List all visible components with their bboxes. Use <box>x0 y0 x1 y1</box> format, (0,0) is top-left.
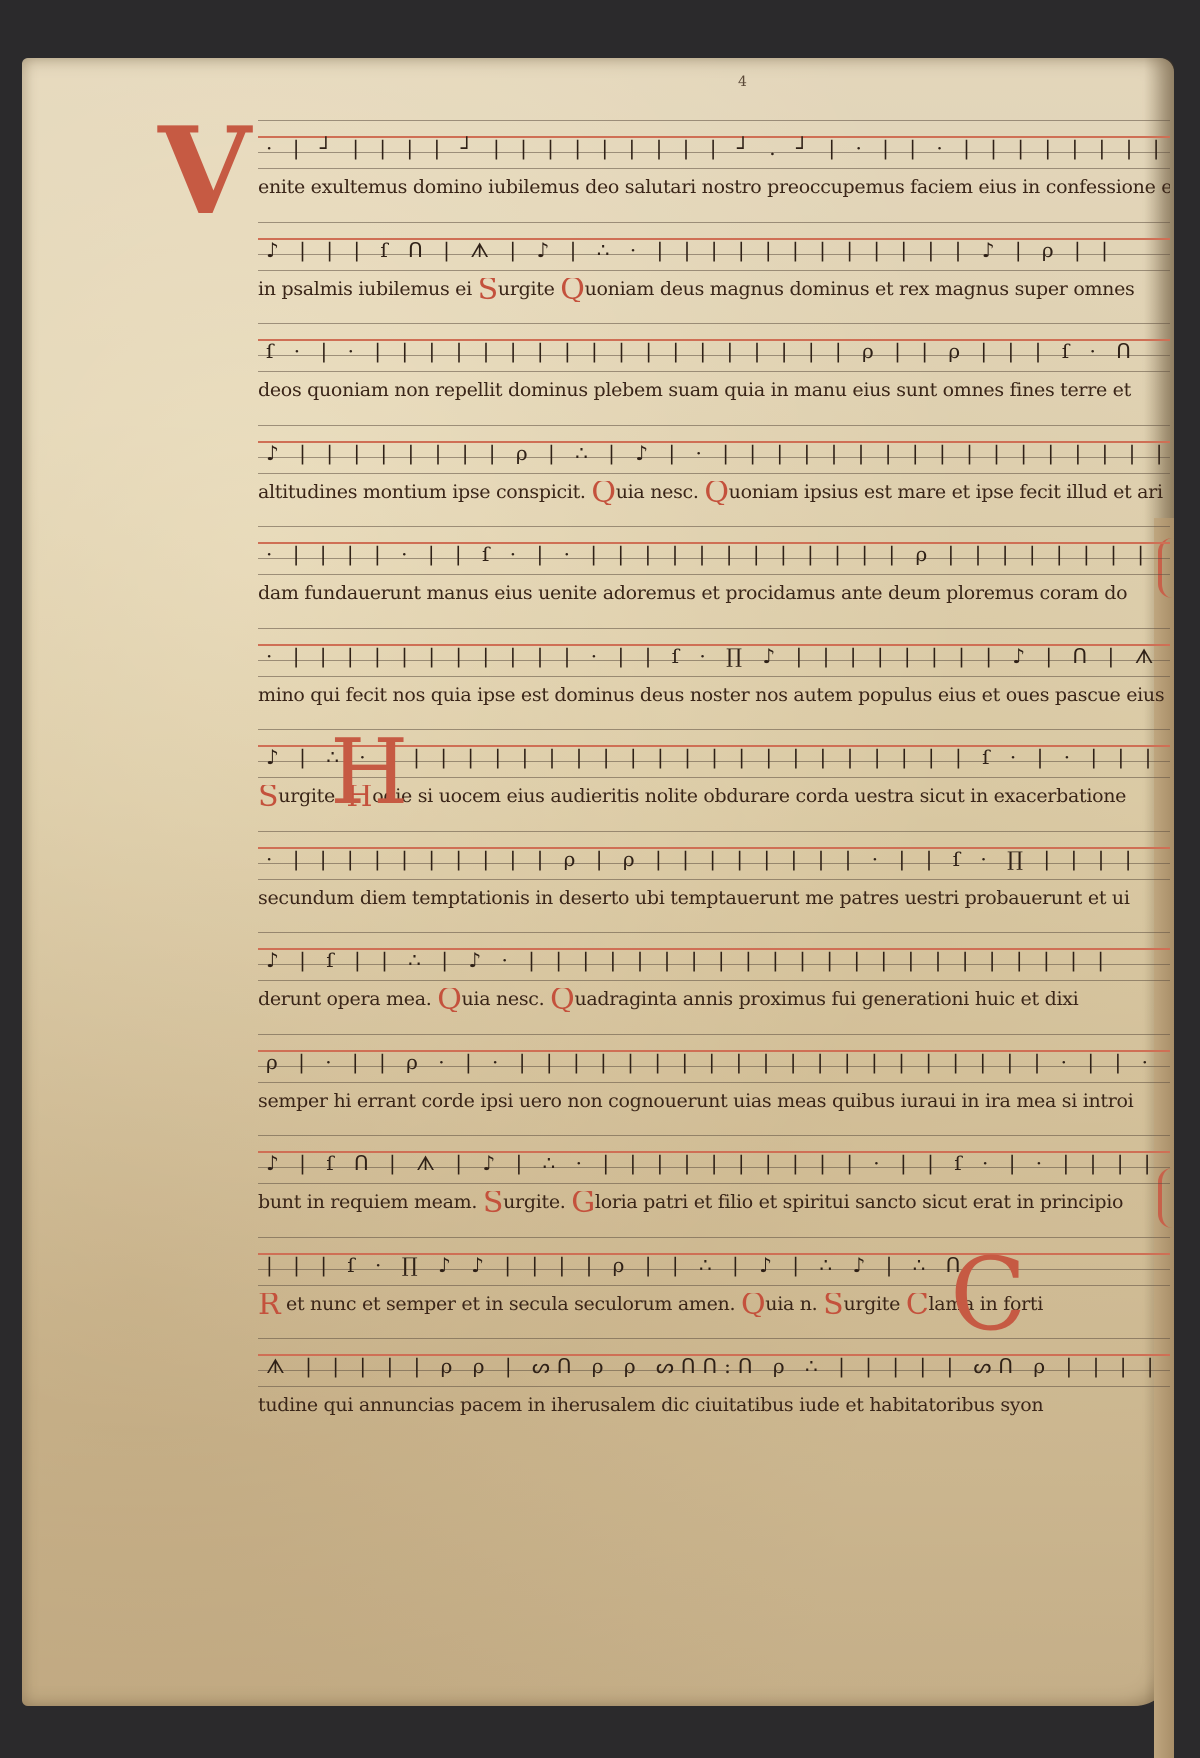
neumed-text-line: · | ┘ | | | | ┘ | | | | | | | | | ┘ . ┘ … <box>170 118 1170 220</box>
neume-notation: ſ · | · | | | | | | | | | | | | | | | | … <box>266 339 1164 363</box>
rubric-initial: Q <box>704 481 728 505</box>
staff-line <box>258 879 1170 880</box>
staff-line <box>258 1285 1170 1286</box>
staff-line <box>258 425 1170 426</box>
text-segment: uadraginta annis proximus fui generation… <box>574 988 1078 1010</box>
staff-line <box>258 574 1170 575</box>
chant-text: dam fundauerunt manus eius uenite adorem… <box>258 582 1170 604</box>
neumed-text-line: ρ | · | | ρ · | · | | | | | | | | | | | … <box>170 1032 1170 1134</box>
chant-text: derunt opera mea. Quia nesc. Quadraginta… <box>258 988 1170 1012</box>
rubric-initial: S <box>483 1191 503 1215</box>
neume-notation: ♪ | | | ſ ᑎ | ᗑ | ♪ | ∴ · | | | | | | | … <box>266 238 1164 262</box>
neumed-text-line: ♪ | | | ſ ᑎ | ᗑ | ♪ | ∴ · | | | | | | | … <box>170 220 1170 322</box>
staff-line <box>258 1082 1170 1083</box>
neume-notation: ρ | · | | ρ · | · | | | | | | | | | | | … <box>266 1050 1164 1074</box>
rubric-initial: S <box>258 785 278 809</box>
neumed-text-line: ♪ | | | | | | | | ρ | ∴ | ♪ | · | | | | … <box>170 423 1170 525</box>
staff-line <box>258 932 1170 933</box>
text-segment: altitudines montium ipse conspicit. <box>258 481 591 503</box>
text-segment: deos quoniam non repellit dominus plebem… <box>258 379 1131 401</box>
rubric-initial: S <box>823 1293 843 1317</box>
staff-line <box>258 323 1170 324</box>
staff-line <box>258 1338 1170 1339</box>
staff-line <box>258 980 1170 981</box>
text-segment: bunt in requiem meam. <box>258 1191 483 1213</box>
initial-v: V <box>158 112 251 232</box>
rubric-initial: S <box>478 278 498 302</box>
staff-line <box>258 168 1170 169</box>
initial-h: H <box>330 728 409 818</box>
staff-line <box>258 473 1170 474</box>
neumed-text-line: ♪ | ſ ᑎ | ᗑ | ♪ | ∴ · | | | | | | | | | … <box>170 1133 1170 1235</box>
text-segment: in psalmis iubilemus ei <box>258 278 478 300</box>
text-segment: mino qui fecit nos quia ipse est dominus… <box>258 684 1164 706</box>
rubric-initial: Q <box>437 988 461 1012</box>
text-segment: uia n. <box>765 1293 823 1315</box>
chant-text: bunt in requiem meam. Surgite. Gloria pa… <box>258 1191 1170 1215</box>
staff-line <box>258 270 1170 271</box>
neumed-text-line: ſ · | · | | | | | | | | | | | | | | | | … <box>170 321 1170 423</box>
text-segment: et nunc et semper et in secula seculorum… <box>280 1293 741 1315</box>
neumed-text-line: · | | | | | | | | | | | · | | ſ · ∏ ♪ | … <box>170 626 1170 728</box>
neume-notation: ♪ | ſ ᑎ | ᗑ | ♪ | ∴ · | | | | | | | | | … <box>266 1151 1164 1175</box>
text-segment: enite exultemus domino iubilemus deo sal… <box>258 176 1170 198</box>
neumed-text-line: ♪ | ∴ · | | | | | | | | | | | | | | | | … <box>170 727 1170 829</box>
neumed-text-line: · | | | | · | | ſ · | · | | | | | | | | … <box>170 524 1170 626</box>
staff-line <box>258 676 1170 677</box>
staff-line <box>258 1237 1170 1238</box>
text-segment: uoniam deus magnus dominus et rex magnus… <box>585 278 1135 300</box>
chant-text: in psalmis iubilemus ei Surgite Quoniam … <box>258 278 1170 302</box>
neume-notation: · | | | | | | | | | | ρ | ρ | | | | | | … <box>266 847 1164 871</box>
text-segment: semper hi errant corde ipsi uero non cog… <box>258 1090 1133 1112</box>
staff-line <box>258 371 1170 372</box>
rubric-initial: C <box>906 1293 929 1317</box>
folio-mark: 4 <box>738 74 747 90</box>
staff-line <box>258 1183 1170 1184</box>
chant-text: R et nunc et semper et in secula seculor… <box>258 1293 1170 1317</box>
text-segment: uia nesc. <box>462 988 551 1010</box>
neume-notation: · | | | | · | | ſ · | · | | | | | | | | … <box>266 542 1164 566</box>
staff-line <box>258 120 1170 121</box>
rubric-initial: Q <box>591 481 615 505</box>
text-segment: secundum diem temptationis in deserto ub… <box>258 887 1130 909</box>
rubric-initial: Q <box>560 278 584 302</box>
staff-line <box>258 1386 1170 1387</box>
text-segment: uia nesc. <box>616 481 705 503</box>
chant-text: altitudines montium ipse conspicit. Quia… <box>258 481 1170 505</box>
neume-notation: · | ┘ | | | | ┘ | | | | | | | | | ┘ . ┘ … <box>266 136 1164 160</box>
text-segment: uoniam ipsius est mare et ipse fecit ill… <box>729 481 1163 503</box>
rubric-initial: Q <box>741 1293 765 1317</box>
text-segment: dam fundauerunt manus eius uenite adorem… <box>258 582 1127 604</box>
chant-text: secundum diem temptationis in deserto ub… <box>258 887 1170 909</box>
staff-line <box>258 1034 1170 1035</box>
staff-line <box>258 526 1170 527</box>
rubric-initial: Q <box>550 988 574 1012</box>
text-segment: urgite <box>498 278 560 300</box>
text-segment: urgite <box>843 1293 905 1315</box>
text-segment: tudine qui annuncias pacem in iherusalem… <box>258 1394 1043 1416</box>
rubric-initial: G <box>571 1191 595 1215</box>
chant-text: mino qui fecit nos quia ipse est dominus… <box>258 684 1170 706</box>
neume-notation: ♪ | | | | | | | | ρ | ∴ | ♪ | · | | | | … <box>266 441 1164 465</box>
neumed-text-line: ♪ | ſ | | ∴ | ♪ · | | | | | | | | | | | … <box>170 930 1170 1032</box>
text-segment: odie si uocem eius audieritis nolite obd… <box>372 785 1126 807</box>
neume-notation: · | | | | | | | | | | | · | | ſ · ∏ ♪ | … <box>266 644 1164 668</box>
chant-text: deos quoniam non repellit dominus plebem… <box>258 379 1170 401</box>
staff-line <box>258 222 1170 223</box>
staff-line <box>258 628 1170 629</box>
staff-line <box>258 831 1170 832</box>
text-segment: derunt opera mea. <box>258 988 437 1010</box>
chant-text: tudine qui annuncias pacem in iherusalem… <box>258 1394 1170 1416</box>
neume-notation: ♪ | ſ | | ∴ | ♪ · | | | | | | | | | | | … <box>266 948 1164 972</box>
staff-line <box>258 1135 1170 1136</box>
rubric-initial: R <box>258 1293 280 1317</box>
text-segment: urgite. <box>503 1191 571 1213</box>
chant-text: semper hi errant corde ipsi uero non cog… <box>258 1090 1170 1112</box>
neumed-text-line: · | | | | | | | | | | ρ | ρ | | | | | | … <box>170 829 1170 931</box>
neume-notation: | | | ſ · ∏ ♪ ♪ | | | | ρ | | ∴ | ♪ | ∴ … <box>266 1253 1164 1277</box>
text-segment: loria patri et filio et spiritui sancto … <box>595 1191 1123 1213</box>
chant-text: enite exultemus domino iubilemus deo sal… <box>258 176 1170 198</box>
initial-c: C <box>950 1245 1027 1345</box>
neume-notation: ᗑ | | | | | ρ ρ | ᔕᑎ ρ ρ ᔕᑎᑎ:ᑎ ρ ∴ | | |… <box>266 1354 1164 1378</box>
